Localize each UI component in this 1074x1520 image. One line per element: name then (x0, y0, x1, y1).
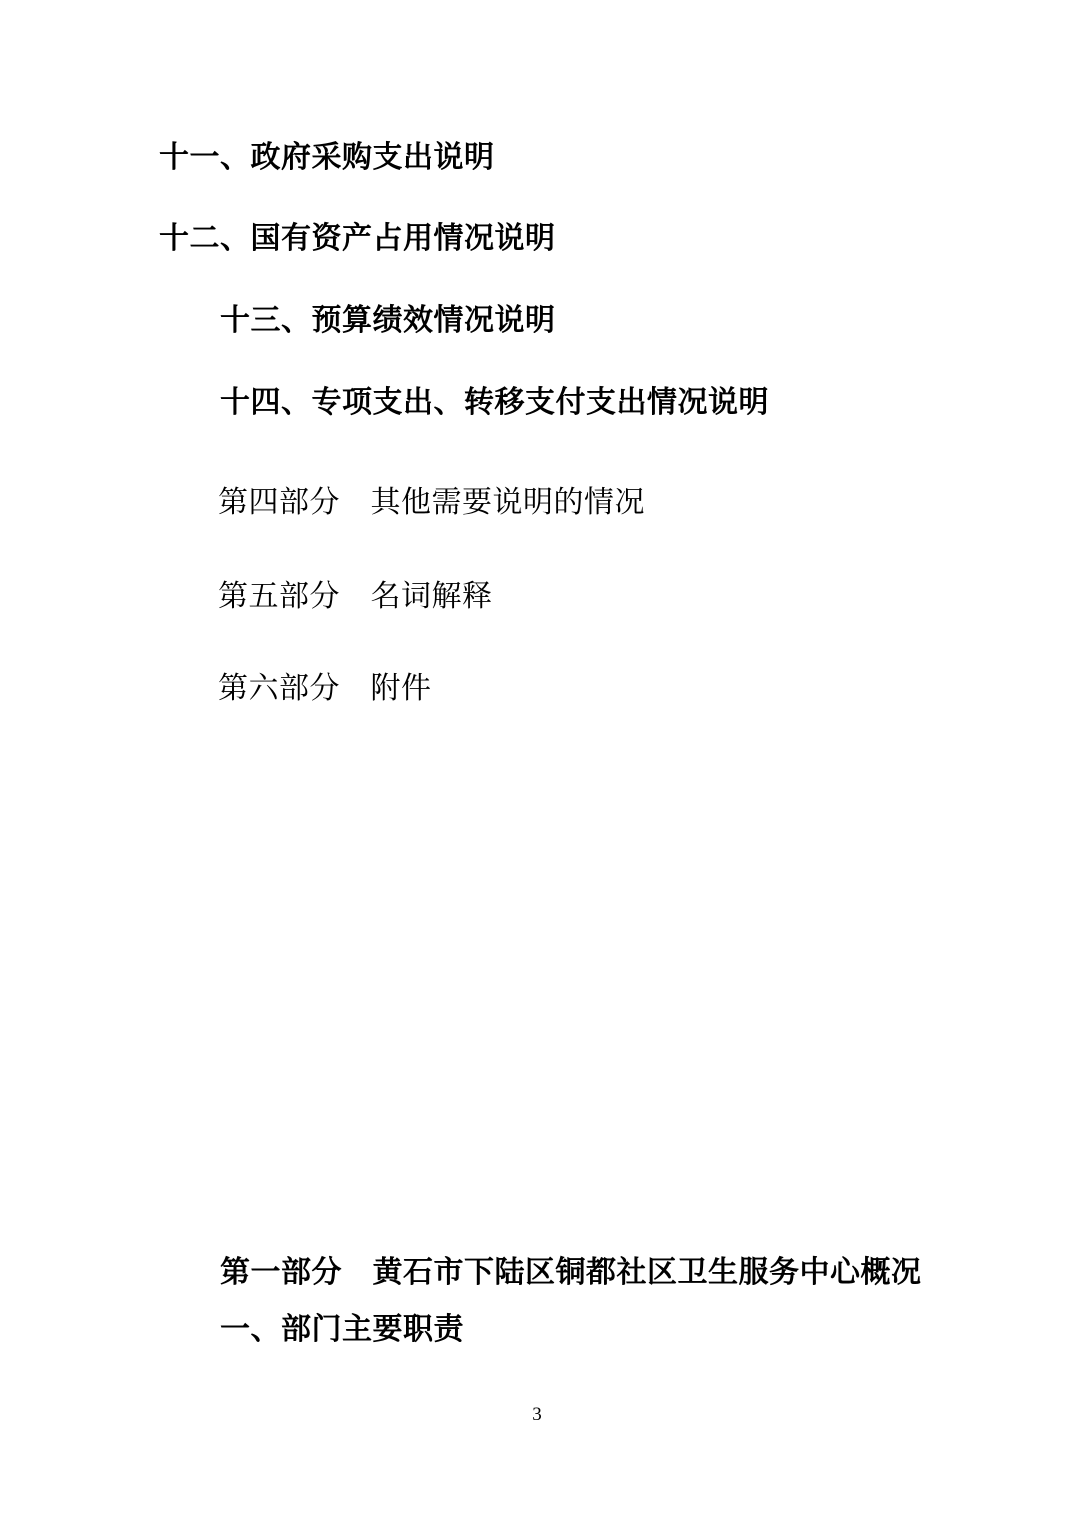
toc-item-part-5: 第五部分 名词解释 (218, 580, 493, 613)
toc-item-part-4: 第四部分 其他需要说明的情况 (218, 486, 645, 519)
section-heading-department-duties: 一、部门主要职责 (220, 1313, 464, 1346)
document-page: 十一、政府采购支出说明 十二、国有资产占用情况说明 十三、预算绩效情况说明 十四… (0, 0, 1074, 1520)
toc-item-13: 十三、预算绩效情况说明 (220, 304, 556, 337)
page-number: 3 (0, 1404, 1074, 1426)
toc-item-part-6: 第六部分 附件 (218, 672, 432, 705)
toc-item-12: 十二、国有资产占用情况说明 (159, 222, 556, 255)
toc-item-14: 十四、专项支出、转移支付支出情况说明 (220, 386, 769, 419)
section-heading-part-1: 第一部分 黄石市下陆区铜都社区卫生服务中心概况 (220, 1256, 922, 1289)
toc-item-11: 十一、政府采购支出说明 (159, 141, 495, 174)
